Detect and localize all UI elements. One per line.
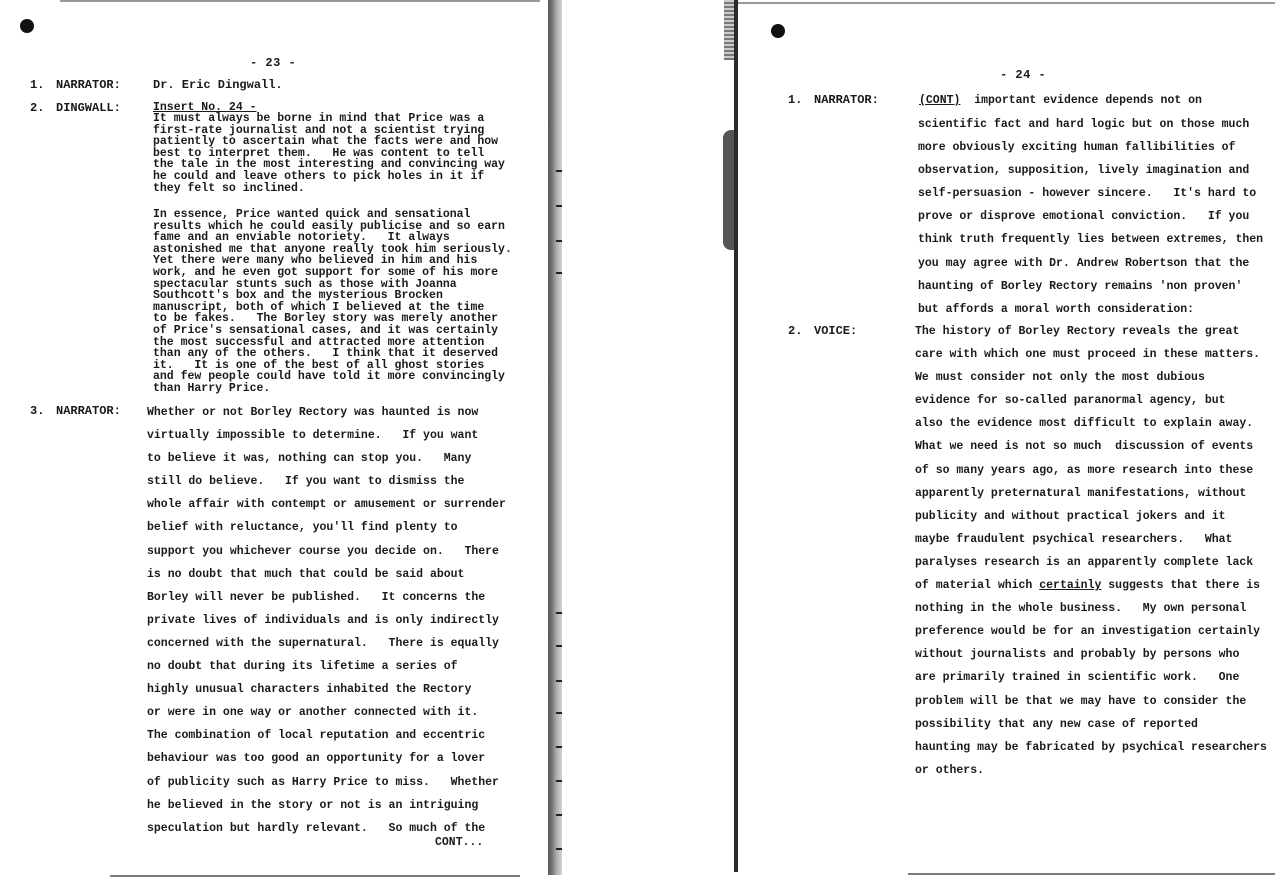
dingwall-paragraph-1: It must always be borne in mind that Pri…: [153, 113, 505, 194]
page-top-edge: [60, 0, 540, 2]
cue-2-label: 2.DINGWALL:: [30, 101, 121, 115]
cue-1-first-line: (CONT) important evidence depends not on: [919, 94, 1202, 107]
speaker-name: VOICE:: [814, 324, 857, 338]
speaker-name: NARRATOR:: [56, 78, 121, 92]
dingwall-paragraph-2: In essence, Price wanted quick and sensa…: [153, 209, 512, 395]
voice-text-part-1: The history of Borley Rectory reveals th…: [915, 325, 1260, 592]
left-binding-strip: [548, 0, 562, 875]
cue-1-label: 1.NARRATOR:: [788, 93, 879, 107]
underlined-word: certainly: [1039, 579, 1101, 592]
cue-2-label: 2.VOICE:: [788, 324, 857, 338]
cue-3-label: 3.NARRATOR:: [30, 404, 121, 418]
cue-1-label: 1.NARRATOR:: [30, 78, 121, 92]
cont-label: (CONT): [919, 94, 960, 107]
speaker-name: DINGWALL:: [56, 101, 121, 115]
cue-1-text: scientific fact and hard logic but on th…: [918, 113, 1263, 321]
cue-number: 2.: [788, 324, 814, 338]
speaker-name: NARRATOR:: [814, 93, 879, 107]
page-number: - 23 -: [250, 56, 296, 70]
page-bottom-edge: [110, 875, 520, 877]
right-binding-strip: [722, 0, 738, 872]
page-number: - 24 -: [1000, 68, 1046, 82]
punch-hole-icon: [20, 19, 34, 33]
page-bottom-edge: [908, 873, 1275, 875]
script-page-23: - 23 - 1.NARRATOR: Dr. Eric Dingwall. 2.…: [0, 0, 548, 881]
cue-3-text: Whether or not Borley Rectory was haunte…: [147, 401, 506, 840]
cue-number: 3.: [30, 404, 56, 418]
cue-1-text: Dr. Eric Dingwall.: [153, 78, 283, 92]
punch-hole-icon: [771, 24, 785, 38]
script-page-24: - 24 - 1.NARRATOR: (CONT) important evid…: [738, 0, 1275, 881]
cue-2-text: The history of Borley Rectory reveals th…: [915, 320, 1267, 782]
voice-text-part-2: suggests that there is nothing in the wh…: [915, 579, 1267, 777]
speaker-name: NARRATOR:: [56, 404, 121, 418]
cue-number: 1.: [788, 93, 814, 107]
cue-number: 2.: [30, 101, 56, 115]
cue-number: 1.: [30, 78, 56, 92]
continued-marker: CONT...: [435, 836, 483, 849]
page-top-edge: [738, 2, 1275, 4]
first-line-text: important evidence depends not on: [960, 94, 1202, 107]
